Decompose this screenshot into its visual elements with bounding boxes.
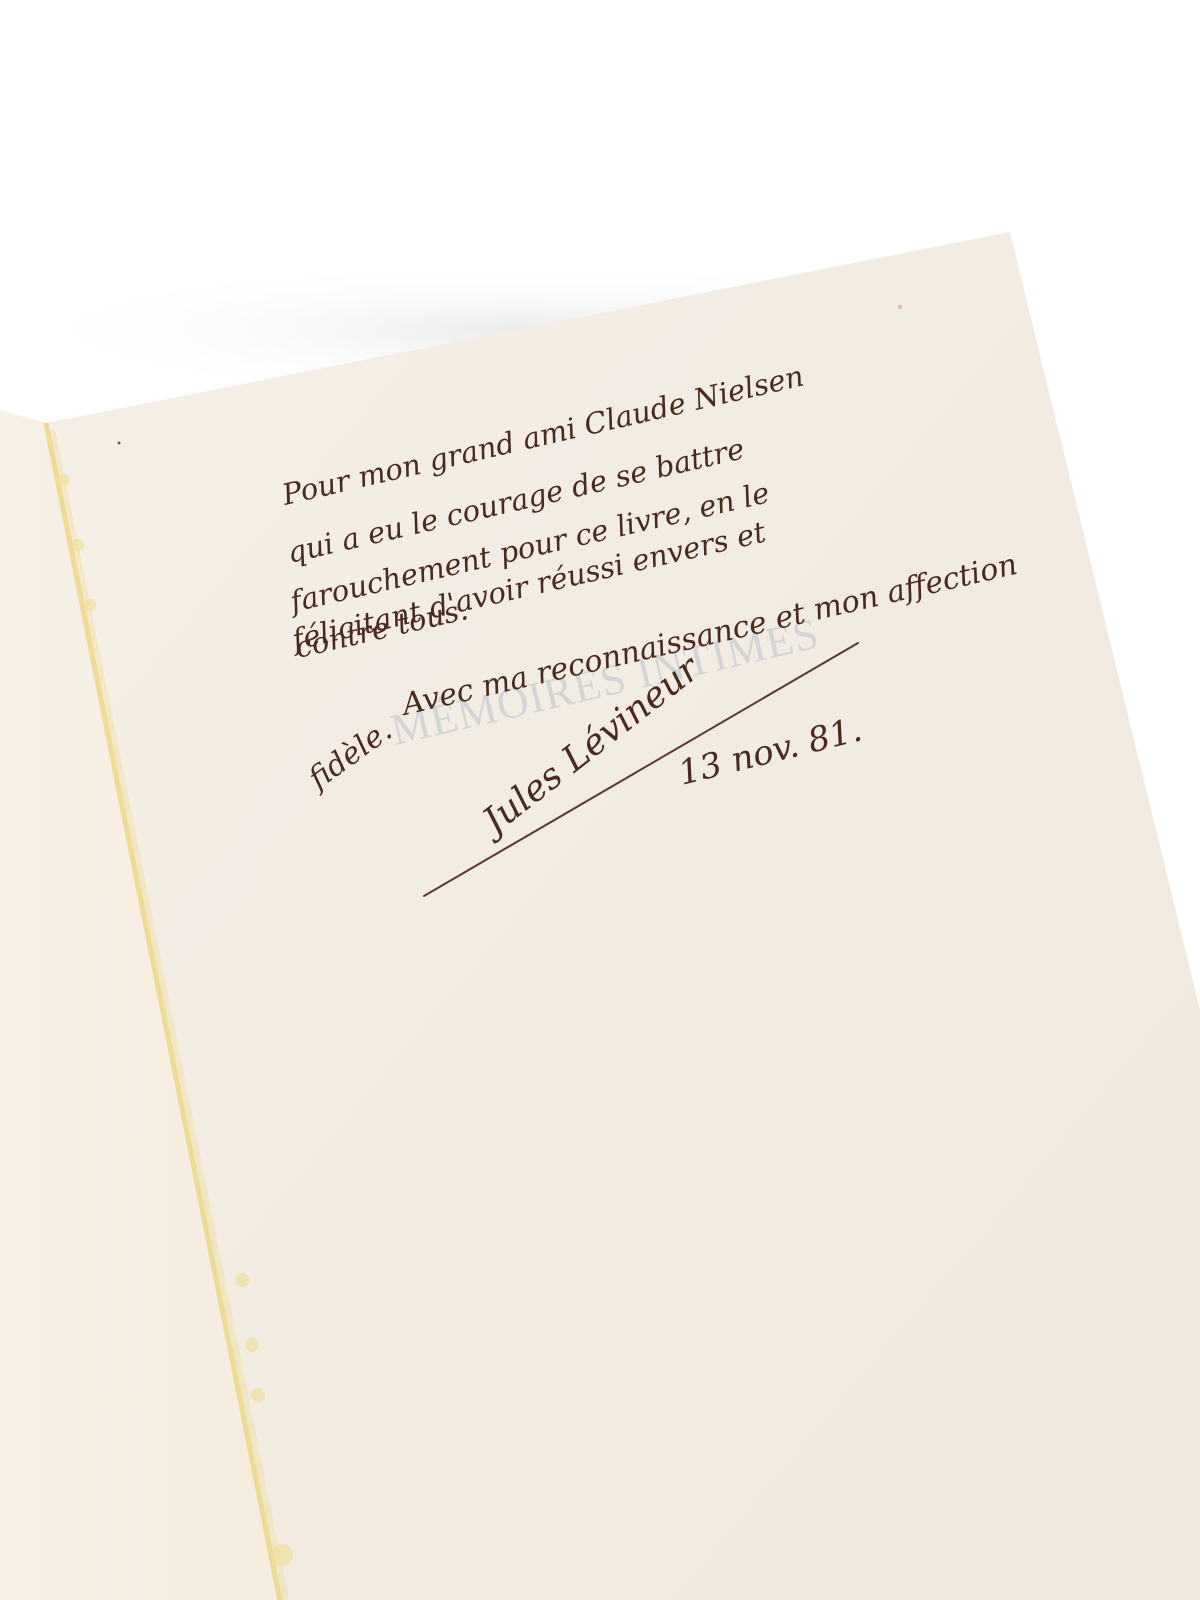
book-photo: MÉMOIRES INTIMES Pour mon grand ami Clau… [0,0,1200,1600]
paper-speck [898,305,902,309]
paper-speck [118,442,121,445]
